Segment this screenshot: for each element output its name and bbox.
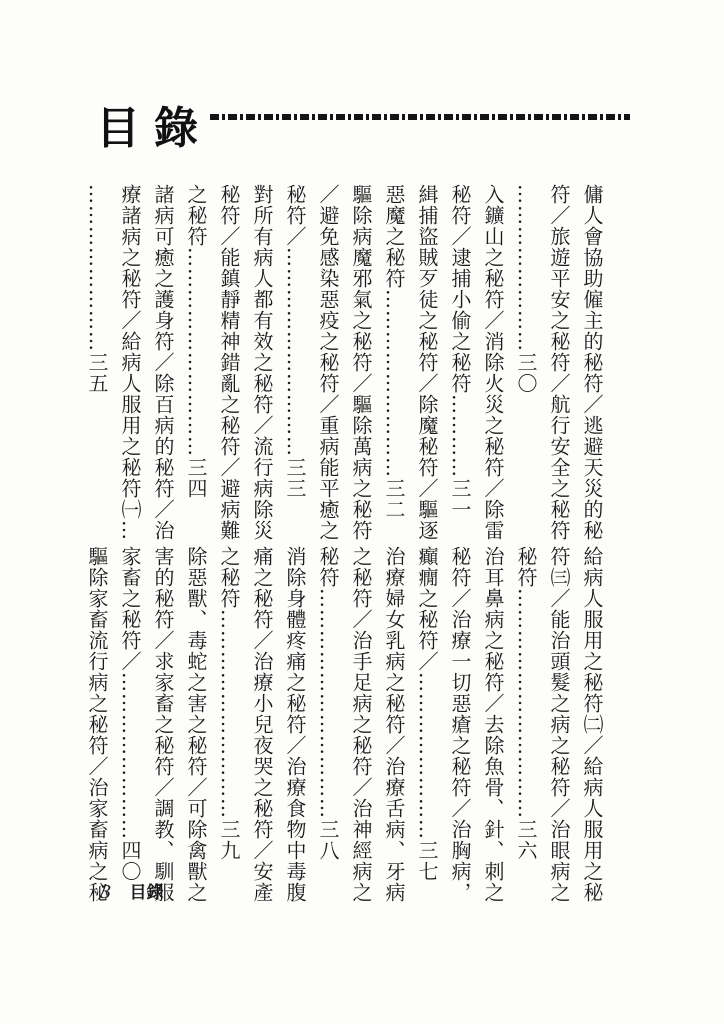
toc-column: 諸病可癒之護身符／除百病的秘符／治	[146, 184, 179, 526]
toc-column: 消除身體疼痛之秘符／治療食物中毒腹	[278, 546, 311, 888]
toc-column: 入鑛山之秘符／消除火災之秘符／除雷	[476, 184, 509, 526]
toc-column: ……………………三五	[80, 184, 113, 526]
page-footer: 3目錄	[100, 878, 163, 903]
toc-column: 害的秘符／求家畜之秘符／調教、馴服	[146, 546, 179, 888]
toc-column: 給病人服用之秘符㈡／給病人服用之秘	[575, 546, 608, 888]
toc-column: 緝捕盜賊歹徒之秘符／除魔秘符／驅逐	[410, 184, 443, 526]
toc-column: 符／旅遊平安之秘符／航行安全之秘符	[542, 184, 575, 526]
toc-column: 治耳鼻病之秘符／去除魚骨、針、刺之	[476, 546, 509, 888]
toc-column: ……………………三〇	[509, 184, 542, 526]
toc-column: 除惡獸、毒蛇之害之秘符／可除禽獸之	[179, 546, 212, 888]
toc-column: 之秘符／治手足病之秘符／治神經病之	[344, 546, 377, 888]
toc-block-bottom: 給病人服用之秘符㈡／給病人服用之秘 符㈢／能治頭髮之病之秘符／治眼病之 秘符………	[80, 546, 608, 888]
footer-section-label: 目錄	[129, 883, 163, 903]
toc-column: 療諸病之秘符／給病人服用之秘符㈠…	[113, 184, 146, 526]
page-number: 3	[100, 882, 111, 903]
toc-column: 秘符……………………………三八	[311, 546, 344, 888]
toc-column: 驅除病魔邪氣之秘符／驅除萬病之秘符	[344, 184, 377, 526]
toc-block-top: 傭人會協助僱主的秘符／逃避天災的秘 符／旅遊平安之秘符／航行安全之秘符 ……………	[80, 184, 608, 526]
toc-column: 秘符／逮捕小偷之秘符…………三一	[443, 184, 476, 526]
toc-column: 傭人會協助僱主的秘符／逃避天災的秘	[575, 184, 608, 526]
toc-column: 痛之秘符／治療小兒夜哭之秘符／安產	[245, 546, 278, 888]
toc-column: 之秘符…………………………三四	[179, 184, 212, 526]
toc-column: 秘符／治療一切惡瘡之秘符／治胸病，	[443, 546, 476, 888]
toc-column: 癲癇之秘符／……………………三七	[410, 546, 443, 888]
toc-column: 對所有病人都有效之秘符／流行病除災	[245, 184, 278, 526]
dashed-rule	[210, 114, 630, 120]
toc-column: 驅除家畜流行病之秘符／治家畜病之秘	[80, 546, 113, 888]
toc-column: 家畜之秘符／……………………四〇	[113, 546, 146, 888]
page-title: 目錄	[96, 92, 212, 156]
toc-column: 秘符／能鎮靜精神錯亂之秘符／避病難	[212, 184, 245, 526]
toc-column: 之秘符…………………………三九	[212, 546, 245, 888]
toc-column: 惡魔之秘符………………………三二	[377, 184, 410, 526]
toc-column: 秘符……………………………三六	[509, 546, 542, 888]
toc-column: 符㈢／能治頭髮之病之秘符／治眼病之	[542, 546, 575, 888]
toc-column: 治療婦女乳病之秘符／治療舌病、牙病	[377, 546, 410, 888]
toc-column: 秘符／…………………………三三	[278, 184, 311, 526]
book-page: 目錄 傭人會協助僱主的秘符／逃避天災的秘 符／旅遊平安之秘符／航行安全之秘符 ……	[0, 0, 724, 1024]
toc-column: ／避免感染惡疫之秘符／重病能平癒之	[311, 184, 344, 526]
